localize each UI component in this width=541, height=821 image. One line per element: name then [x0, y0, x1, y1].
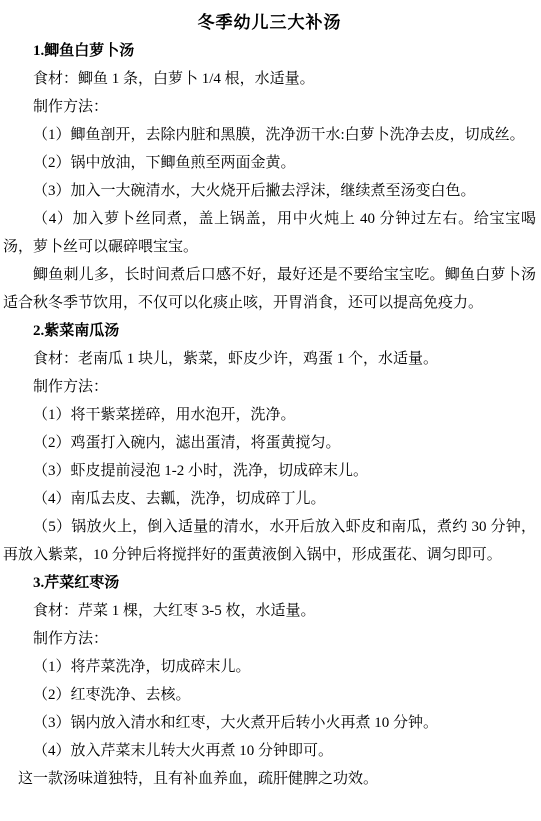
recipe-step: （3）虾皮提前浸泡 1-2 小时，洗净，切成碎末儿。 [3, 457, 536, 485]
recipe-section-celery-jujube-soup: 3.芹菜红枣汤 食材：芹菜 1 棵，大红枣 3-5 枚，水适量。 制作方法： （… [3, 569, 536, 793]
recipe-step: （1）将干紫菜搓碎，用水泡开，洗净。 [3, 401, 536, 429]
page-title: 冬季幼儿三大补汤 [3, 9, 536, 37]
ingredients-line: 食材：芹菜 1 棵，大红枣 3-5 枚，水适量。 [3, 597, 536, 625]
recipe-step: （3）锅内放入清水和红枣，大火煮开后转小火再煮 10 分钟。 [3, 709, 536, 737]
section-heading: 3.芹菜红枣汤 [3, 569, 536, 597]
recipe-step: （5）锅放火上，倒入适量的清水，水开后放入虾皮和南瓜，煮约 30 分钟，再放入紫… [3, 513, 536, 569]
recipe-step: （1）鲫鱼剖开，去除内脏和黑膜，洗净沥干水:白萝卜洗净去皮，切成丝。 [3, 121, 536, 149]
ingredients-line: 食材：鲫鱼 1 条，白萝卜 1/4 根，水适量。 [3, 65, 536, 93]
recipe-step: （2）锅中放油，下鲫鱼煎至两面金黄。 [3, 149, 536, 177]
recipe-step: （1）将芹菜洗净，切成碎末儿。 [3, 653, 536, 681]
section-heading: 1.鲫鱼白萝卜汤 [3, 37, 536, 65]
recipe-section-seaweed-pumpkin-soup: 2.紫菜南瓜汤 食材：老南瓜 1 块儿，紫菜，虾皮少许，鸡蛋 1 个，水适量。 … [3, 317, 536, 569]
method-label: 制作方法： [3, 625, 536, 653]
section-note: 鲫鱼刺儿多，长时间煮后口感不好，最好还是不要给宝宝吃。鲫鱼白萝卜汤适合秋冬季节饮… [3, 261, 536, 317]
ingredients-line: 食材：老南瓜 1 块儿，紫菜，虾皮少许，鸡蛋 1 个，水适量。 [3, 345, 536, 373]
method-label: 制作方法： [3, 93, 536, 121]
recipe-step: （2）红枣洗净、去核。 [3, 681, 536, 709]
method-label: 制作方法： [3, 373, 536, 401]
section-note: 这一款汤味道独特，且有补血养血，疏肝健脾之功效。 [3, 765, 536, 793]
section-heading: 2.紫菜南瓜汤 [3, 317, 536, 345]
recipe-step: （4）南瓜去皮、去瓤，洗净，切成碎丁儿。 [3, 485, 536, 513]
recipe-step: （4）放入芹菜末儿转大火再煮 10 分钟即可。 [3, 737, 536, 765]
document-page: 冬季幼儿三大补汤 1.鲫鱼白萝卜汤 食材：鲫鱼 1 条，白萝卜 1/4 根，水适… [0, 0, 541, 821]
recipe-step: （3）加入一大碗清水，大火烧开后撇去浮沫，继续煮至汤变白色。 [3, 177, 536, 205]
recipe-step: （4）加入萝卜丝同煮，盖上锅盖，用中火炖上 40 分钟过左右。给宝宝喝汤，萝卜丝… [3, 205, 536, 261]
recipe-section-carp-radish-soup: 1.鲫鱼白萝卜汤 食材：鲫鱼 1 条，白萝卜 1/4 根，水适量。 制作方法： … [3, 37, 536, 317]
recipe-step: （2）鸡蛋打入碗内，滤出蛋清，将蛋黄搅匀。 [3, 429, 536, 457]
